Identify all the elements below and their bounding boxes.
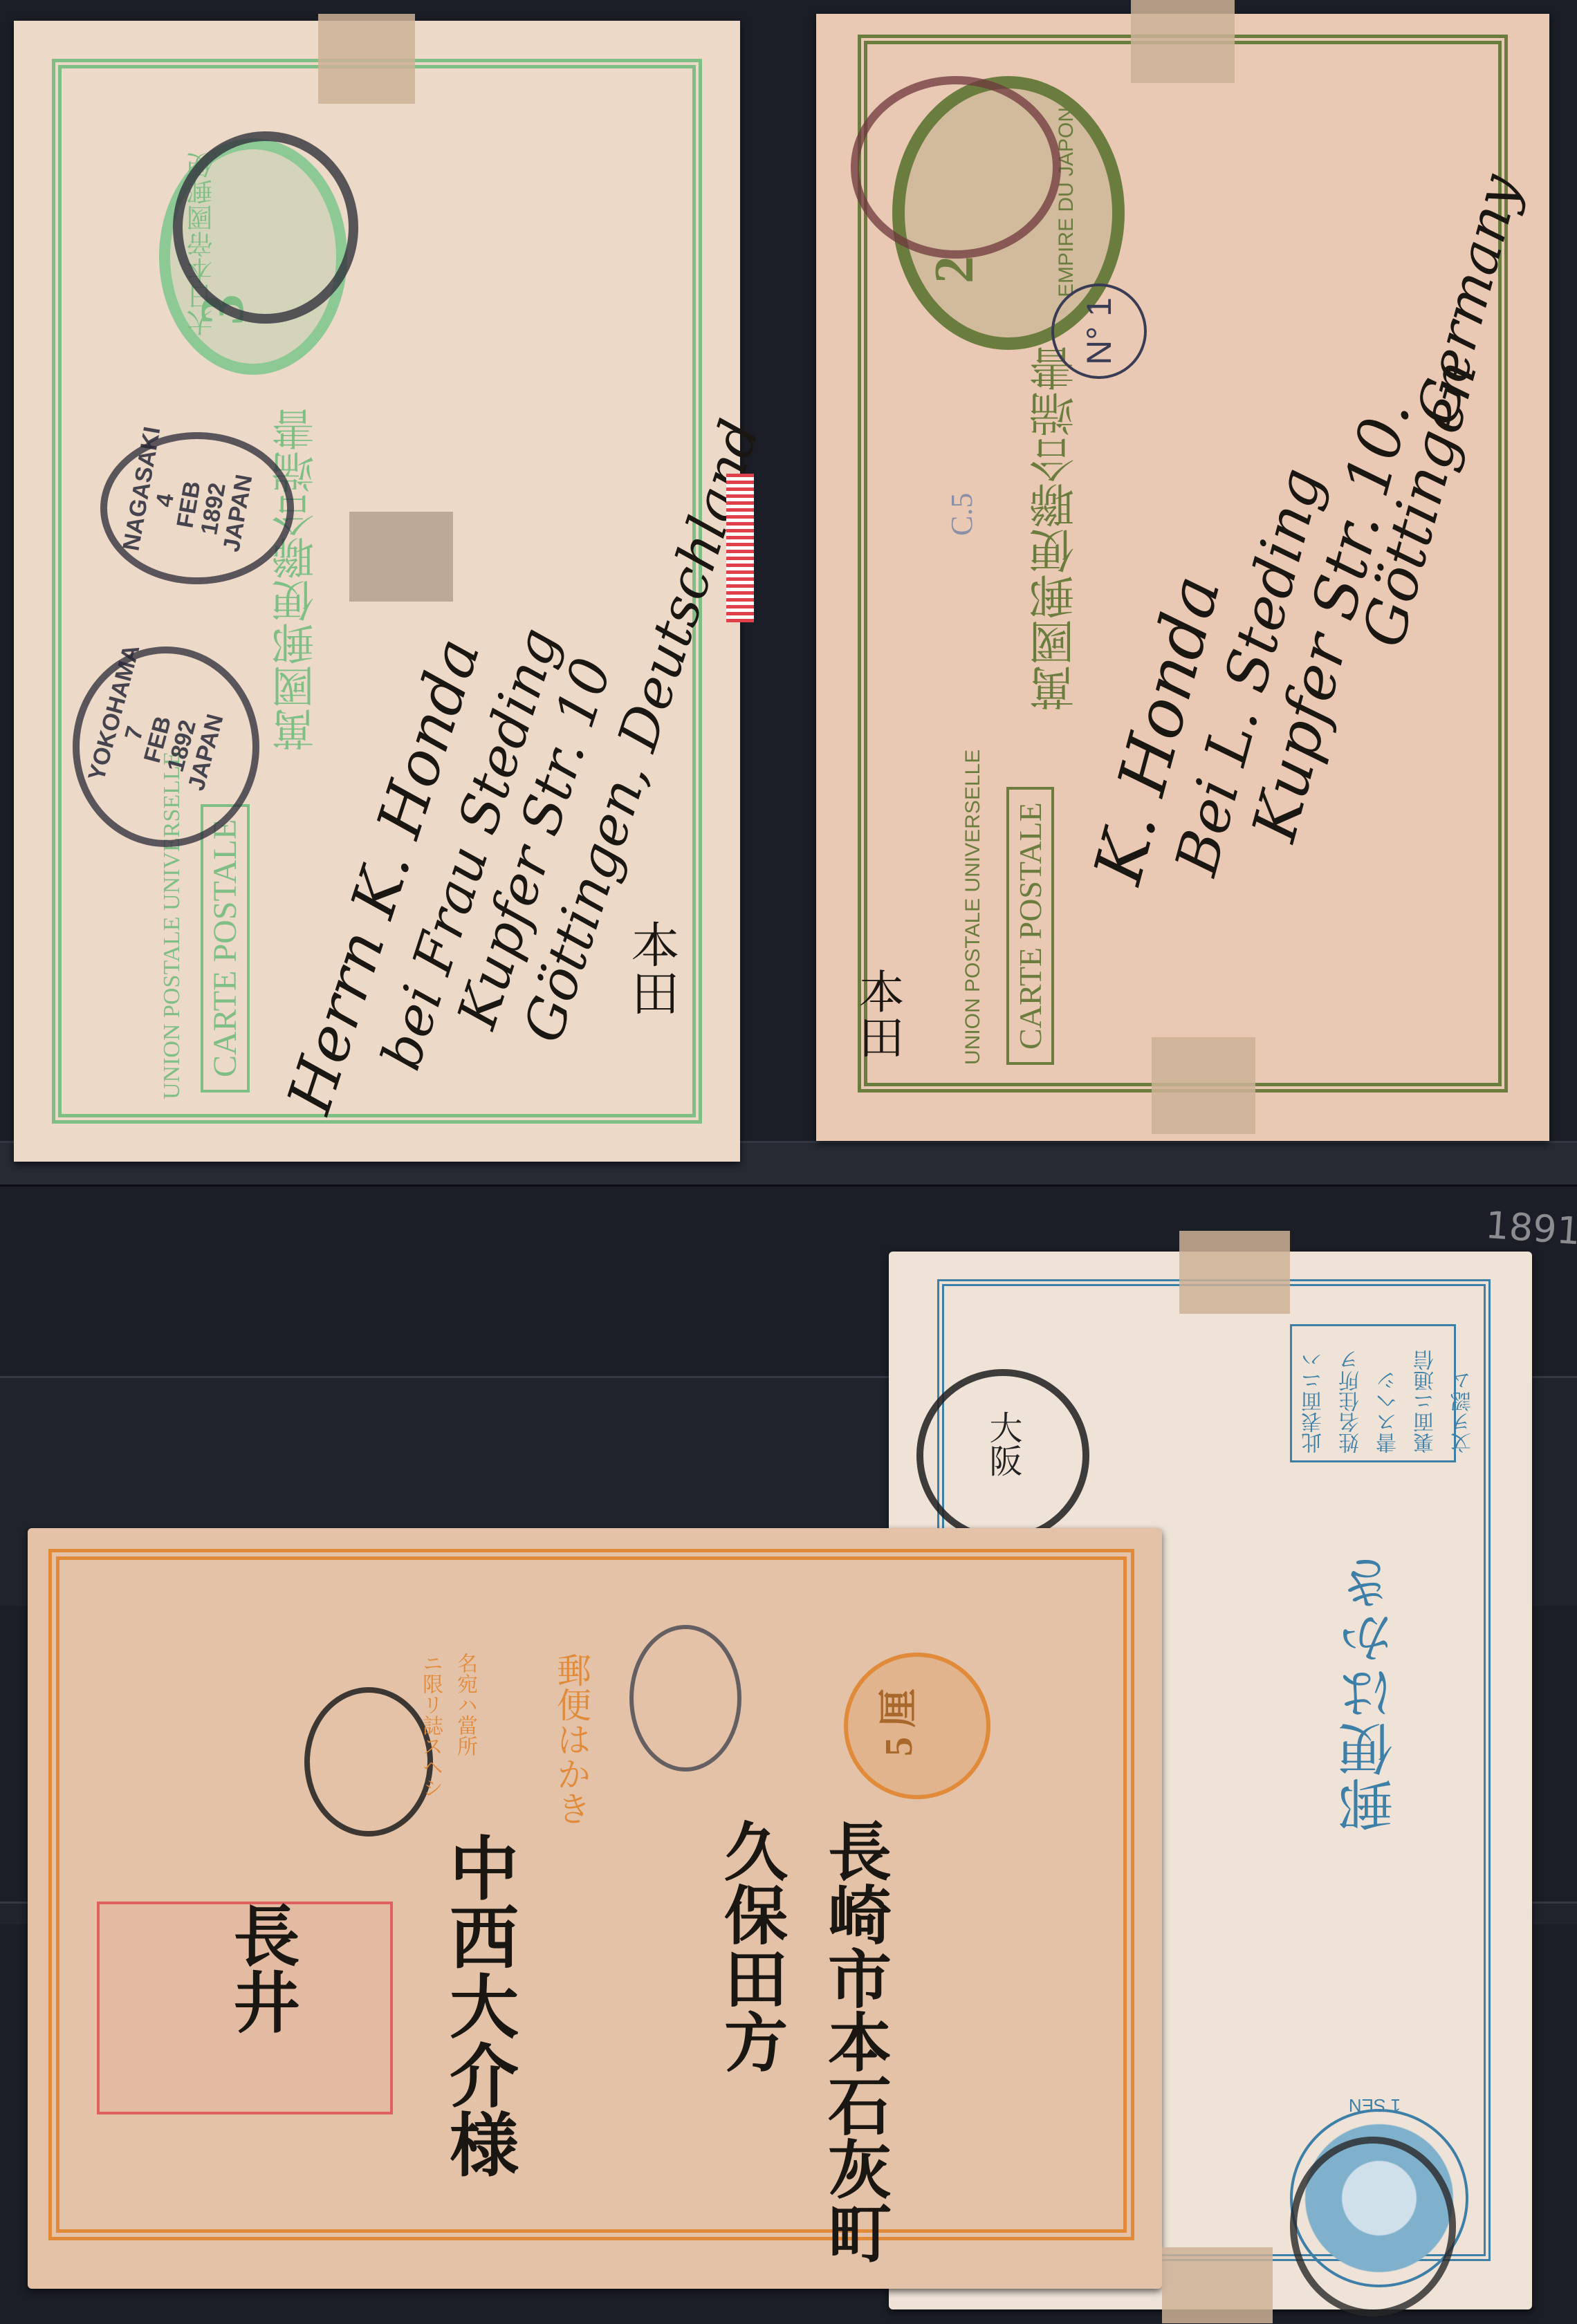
instruction-line: 裏面ニ通信 xyxy=(1411,1333,1441,1453)
handwritten-column: 中西大介様 xyxy=(429,1832,528,2178)
stamp-legend: EMPIRE DU JAPON xyxy=(1055,107,1078,297)
hinge-tape xyxy=(349,512,453,602)
instruction-line: 文ヲ認ム xyxy=(1448,1333,1479,1453)
red-label-strip xyxy=(726,474,754,622)
carte-postale-title: CARTE POSTALE xyxy=(1006,787,1054,1065)
postcard-orange-5-rin: 5 厘 郵便はかき 名宛ハ當所 ニ限リ誌スヘシ 長崎市本石灰町 久保田方 中西大… xyxy=(28,1528,1162,2289)
sender-mark: 本田 xyxy=(844,968,910,1059)
japanese-side-text: 萬國郵便聯合端書 xyxy=(266,408,328,751)
hinge-tape xyxy=(1131,0,1235,83)
postmark-over-stamp xyxy=(1290,2137,1456,2316)
japanese-side-text: 萬國郵便聯合端書 xyxy=(1024,346,1089,711)
postcard-green-3-sen: 3 大日本帝國郵便 萬國郵便聯合端書 CARTE POSTALE UNION P… xyxy=(14,21,740,1162)
postmark-arrival xyxy=(629,1625,741,1772)
stamp-value: 2 xyxy=(923,256,986,283)
hinge-tape xyxy=(1162,2247,1273,2323)
postmark-city: 大阪 xyxy=(979,1411,1026,1477)
pencil-note: 1891 xyxy=(1484,1203,1577,1253)
hinge-tape xyxy=(1179,1231,1290,1314)
registration-mark: N° 1 xyxy=(1051,283,1147,379)
card-title: 郵便はかき xyxy=(1331,1556,1411,1832)
hinge-tape xyxy=(1152,1037,1255,1134)
pencil-mark: C.5 xyxy=(944,493,979,536)
japanese-postmark xyxy=(851,76,1061,259)
union-postale-text: UNION POSTALE UNIVERSELLE xyxy=(961,750,985,1065)
note-line: 名宛ハ當所 xyxy=(450,1653,480,1756)
japanese-postmark xyxy=(173,131,358,324)
instruction-line: 姓名住所ヲ xyxy=(1336,1333,1367,1453)
handwritten-column: 長崎市本石灰町 xyxy=(809,1819,901,2264)
postcard-olive-2-sen: 2 EMPIRE DU JAPON 萬國郵便聯合端書 CARTE POSTALE… xyxy=(816,14,1549,1141)
instruction-line: 此表面ニハ xyxy=(1299,1333,1329,1453)
handwritten-column: 長井 xyxy=(214,1902,309,2034)
stamp-value: 1 SEN xyxy=(1349,2094,1401,2116)
postmark-nagasaki-text: NAGASAKI 4 FEB 1892 JAPAN xyxy=(119,440,260,570)
stamp-value: 5 厘 xyxy=(868,1689,923,1756)
instruction-box: 此表面ニハ 姓名住所ヲ 書スヘシ 裏面ニ通信 文ヲ認ム xyxy=(1290,1324,1456,1462)
note-line: ニ限リ誌スヘシ xyxy=(415,1653,445,1798)
sender-mark: 本田 xyxy=(616,920,685,1016)
card-title: 郵便はかき xyxy=(546,1653,596,1825)
hinge-tape xyxy=(318,14,415,104)
postmark-departure xyxy=(304,1687,433,1837)
handwritten-column: 久保田方 xyxy=(705,1819,797,2073)
carte-postale-title: CARTE POSTALE xyxy=(201,804,250,1093)
instruction-line: 書スヘシ xyxy=(1374,1333,1404,1453)
